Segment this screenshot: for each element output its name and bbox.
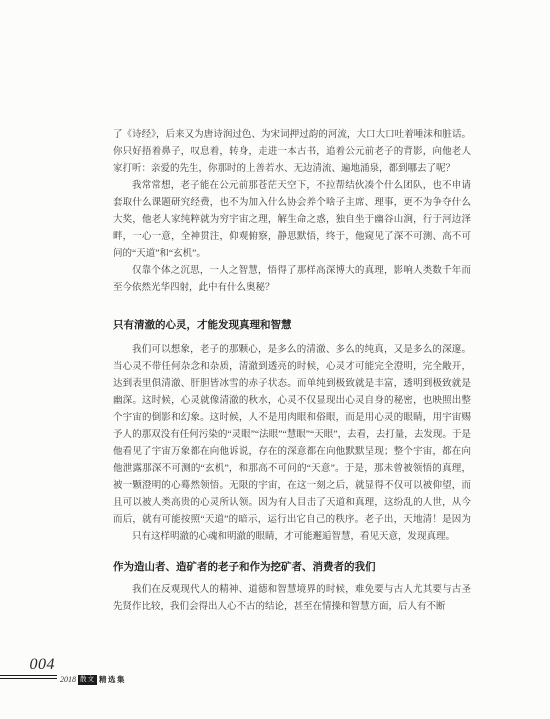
- text-column: 了《诗经》，后来又为唐诗润过色、为宋词押过韵的河流，大口大口吐着唾沫和脏话。你只…: [113, 127, 471, 616]
- paragraph-5: 只有这样明澈的心魂和明澈的眼睛，才可能邂逅智慧，看见天意，发现真理。: [113, 529, 471, 546]
- paragraph-3: 仅靠个体之沉思，一人之智慧，悟得了那样高深博大的真理，影响人类数千年而至今依然光…: [113, 263, 471, 297]
- paragraph-continued: 了《诗经》，后来又为唐诗润过色、为宋词押过韵的河流，大口大口吐着唾沫和脏话。你只…: [113, 127, 471, 178]
- book-page: 了《诗经》，后来又为唐诗润过色、为宋词押过韵的河流，大口大口吐着唾沫和脏话。你只…: [0, 0, 550, 719]
- edition-year: 2018: [60, 675, 76, 684]
- section-heading-2: 作为造山者、造矿者的老子和作为挖矿者、消费者的我们: [113, 561, 471, 574]
- page-footer: 004 2018 散文 精选集: [0, 656, 200, 696]
- paragraph-6: 我们在反观现代人的精神、道德和智慧境界的时候，难免要与古人尤其要与古圣先贤作比较…: [113, 582, 471, 616]
- page-number: 004: [0, 656, 55, 674]
- paragraph-2: 我常常想，老子能在公元前那苍茫天空下，不拉帮结伙凑个什么团队，也不申请套取什么课…: [113, 178, 471, 263]
- section-heading-1: 只有清澈的心灵，才能发现真理和智慧: [113, 319, 471, 332]
- paragraph-4: 我们可以想象，老子的那颗心，是多么的清澈、多么的纯真，又是多么的深邃。当心灵不带…: [113, 342, 471, 529]
- series-name-boxed: 散文: [78, 675, 97, 685]
- footer-double-rule: [0, 675, 57, 679]
- series-name-rest: 精选集: [99, 674, 126, 685]
- series-title: 2018 散文 精选集: [60, 674, 126, 685]
